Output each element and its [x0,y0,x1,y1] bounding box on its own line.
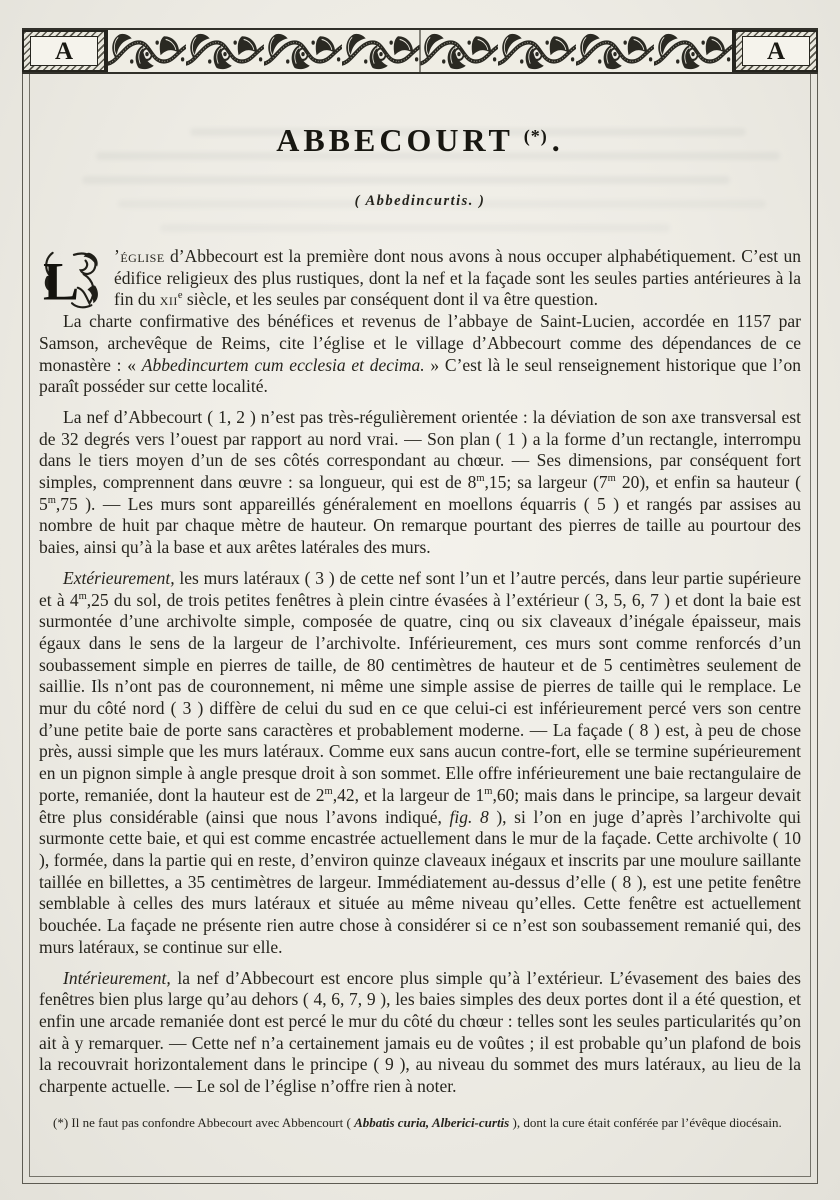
text-segment: fig. 8 [449,807,488,827]
text-segment: xii [160,289,178,309]
ornament-band: A [22,28,818,74]
paragraph: Intérieurement, la nef d’Abbecourt est e… [39,968,801,1098]
text-segment: m [48,495,56,506]
text-segment: ’église [114,246,165,266]
page-title: ABBECOURT(*). [39,124,801,156]
paragraph: Extérieurement, les murs latéraux ( 3 ) … [39,568,801,959]
dropcap-letter: L [43,251,79,311]
text-segment: Abbedincurtem cum ecclesia et decima. [142,355,425,375]
corner-ornament-right: A [734,30,818,72]
title-period: . [552,122,564,158]
corner-letter-right: A [742,36,810,66]
ornamental-frieze [106,30,734,72]
dropcap: L [39,249,105,311]
page-frame: A [22,28,818,1184]
text-segment: ), si l’on en juge d’après l’archivolte … [39,807,801,957]
corner-ornament-left: A [22,30,106,72]
page-rule-frame: ABBECOURT(*). ( Abbedincurtis. ) L ’égli… [22,74,818,1184]
latin-subtitle: ( Abbedincurtis. ) [39,193,801,210]
title-footnote-mark: (*) [524,126,548,146]
paragraph: L ’église d’Abbecourt est la première do… [39,246,801,311]
footnote-text: (*) Il ne faut pas confondre Abbecourt a… [39,1114,801,1131]
text-segment: siècle, et les seules par conséquent don… [183,289,599,309]
text-segment: ,42, et la largeur de 1 [333,785,485,805]
page-content: ABBECOURT(*). ( Abbedincurtis. ) L ’égli… [39,74,801,1173]
text-segment: ,75 ). — Les murs sont appareillés génér… [39,494,801,557]
text-segment: m [325,786,333,797]
text-segment: ,15; sa largeur (7 [485,472,608,492]
text-segment: m [79,591,87,602]
foliate-scroll-icon [108,30,732,72]
article-body: L ’église d’Abbecourt est la première do… [39,246,801,1098]
corner-letter-left: A [30,36,98,66]
paragraph: La nef d’Abbecourt ( 1, 2 ) n’est pas tr… [39,407,801,559]
paragraph: La charte confirmative des bénéfices et … [39,311,801,398]
text-segment: (*) Il ne faut pas confondre Abbecourt a… [53,1115,354,1130]
text-segment: Extérieurement, [63,568,175,588]
text-segment: ), dont la cure était conférée par l’évê… [509,1115,782,1130]
text-segment: m [608,473,616,484]
text-segment: Intérieurement, [63,968,171,988]
text-segment: ,25 du sol, de trois petites fenêtres à … [39,590,801,805]
dropcap-foliage-icon: L [39,249,105,311]
title-main: ABBECOURT [276,122,514,158]
text-segment: m [476,473,484,484]
text-segment: Abbatis curia, Alberici-curtis [354,1115,509,1130]
scanned-page: { "page": { "header": { "corner_letter_l… [0,0,840,1200]
